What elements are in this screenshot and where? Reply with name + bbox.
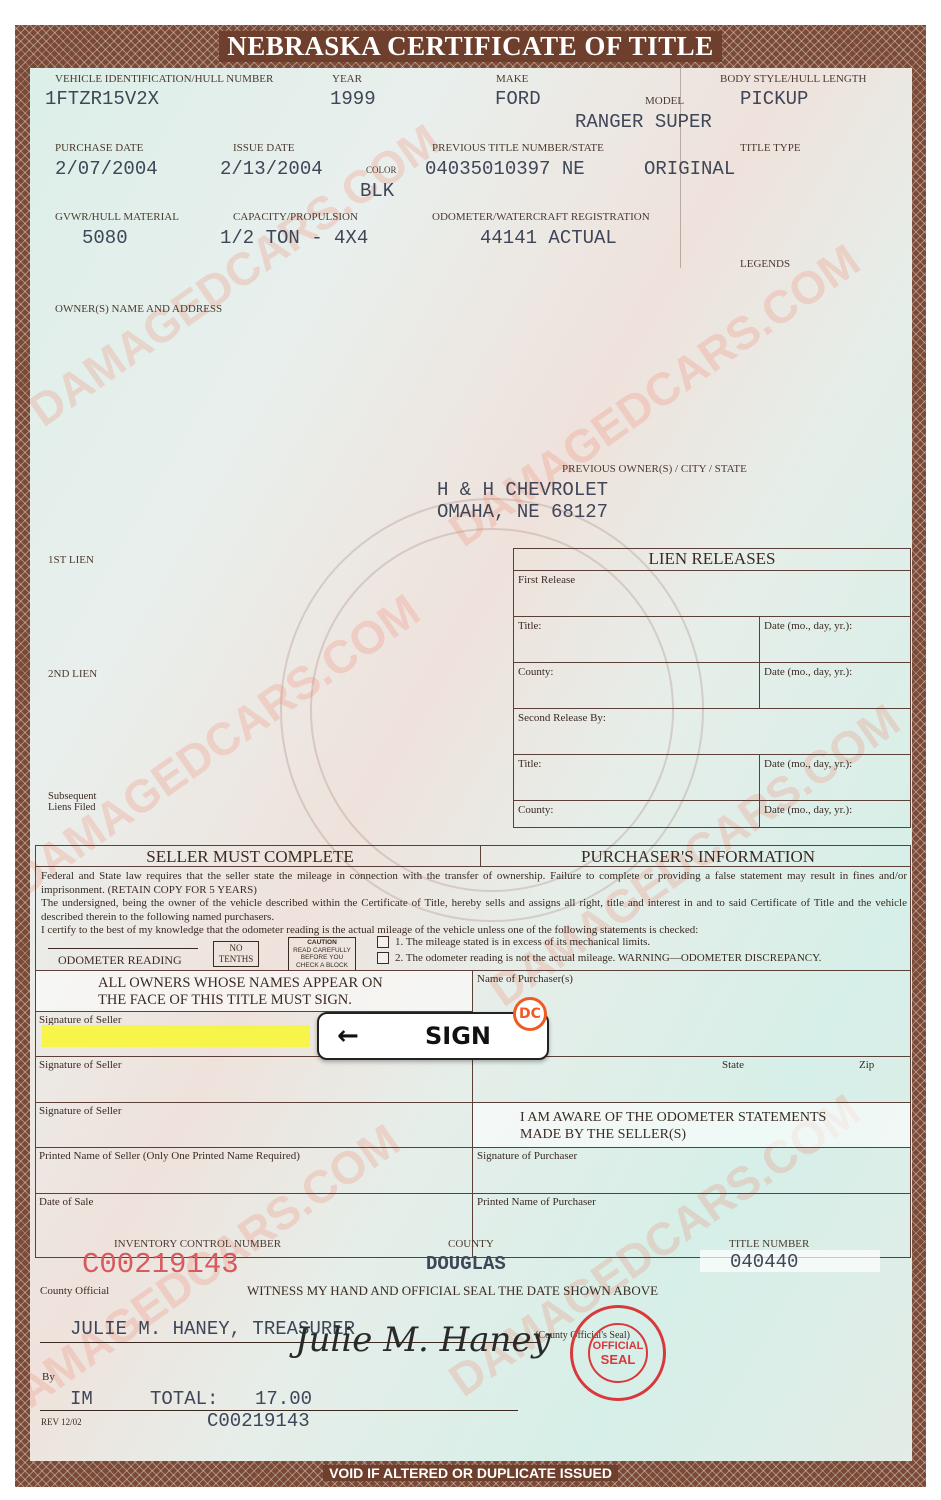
sign-label: SIGN: [425, 1022, 491, 1050]
title-banner: NEBRASKA CERTIFICATE OF TITLE: [15, 25, 926, 68]
divider: [759, 616, 760, 708]
aware-line2: MADE BY THE SELLER(S): [520, 1126, 826, 1143]
divider: [480, 845, 481, 866]
previous-owner-label: PREVIOUS OWNER(S) / CITY / STATE: [562, 463, 747, 475]
total-amount: 17.00: [255, 1388, 312, 1410]
divider: [513, 800, 911, 801]
previous-owner-name: H & H CHEVROLET: [437, 479, 608, 501]
disclosure-paragraph: The undersigned, being the owner of the …: [41, 897, 907, 924]
model-value: RANGER SUPER: [575, 111, 712, 133]
title-number-label: TITLE NUMBER: [729, 1238, 809, 1250]
caution-line2: READ CAREFULLY: [289, 947, 355, 955]
body-style-label: BODY STYLE/HULL LENGTH: [720, 73, 866, 85]
mileage-excess-option[interactable]: 1. The mileage stated is in excess of it…: [377, 936, 650, 948]
date-of-sale-field[interactable]: Date of Sale: [39, 1196, 93, 1208]
first-release-field[interactable]: First Release: [518, 574, 575, 586]
purchaser-state-field[interactable]: State: [722, 1059, 744, 1071]
issue-date-value: 2/13/2004: [220, 158, 323, 180]
capacity-value: 1/2 TON - 4X4: [220, 227, 368, 249]
title-type-label: TITLE TYPE: [740, 142, 801, 154]
first-release-date-field[interactable]: Date (mo., day, yr.):: [764, 620, 852, 632]
divider: [513, 662, 911, 663]
legends-label: LEGENDS: [740, 258, 790, 270]
second-release-county-date-field[interactable]: Date (mo., day, yr.):: [764, 804, 852, 816]
county-official-label: County Official: [40, 1285, 109, 1297]
arrow-left-icon: ←: [337, 1021, 359, 1051]
divider: [35, 1193, 911, 1194]
no-tenths-box: NO TENTHS: [213, 941, 259, 967]
lien-releases-table: [513, 548, 911, 828]
footer-banner: VOID IF ALTERED OR DUPLICATE ISSUED: [15, 1459, 926, 1487]
revision-label: REV 12/02: [41, 1417, 82, 1427]
seller-heading: SELLER MUST COMPLETE: [35, 847, 465, 867]
odometer-discrepancy-text: 2. The odometer reading is not the actua…: [395, 952, 821, 964]
divider: [513, 754, 911, 755]
seller-disclosure-text: Federal and State law requires that the …: [41, 870, 907, 938]
county-label: COUNTY: [448, 1238, 494, 1250]
by-label: By: [42, 1371, 55, 1383]
document-title: NEBRASKA CERTIFICATE OF TITLE: [219, 31, 721, 62]
second-release-county-field[interactable]: County:: [518, 804, 553, 816]
seller-printed-name-field[interactable]: Printed Name of Seller (Only One Printed…: [39, 1150, 300, 1162]
by-initials: IM: [70, 1388, 93, 1410]
seller-signature-3-field[interactable]: Signature of Seller: [39, 1105, 121, 1117]
previous-title-label: PREVIOUS TITLE NUMBER/STATE: [432, 142, 604, 154]
subsequent-liens-label: Subsequent Liens Filed: [48, 791, 96, 813]
second-lien-label: 2ND LIEN: [48, 668, 97, 680]
all-owners-line1: ALL OWNERS WHOSE NAMES APPEAR ON: [98, 975, 383, 992]
seller-signature-2-field[interactable]: Signature of Seller: [39, 1059, 121, 1071]
void-notice: VOID IF ALTERED OR DUPLICATE ISSUED: [323, 1465, 618, 1481]
certificate-border: NEBRASKA CERTIFICATE OF TITLE DAMAGEDCAR…: [15, 25, 926, 1487]
total-label: TOTAL:: [150, 1388, 218, 1410]
previous-owner-city: OMAHA, NE 68127: [437, 501, 608, 523]
caution-line1: CAUTION: [289, 939, 355, 947]
gvwr-label: GVWR/HULL MATERIAL: [55, 211, 179, 223]
odometer-awareness-notice: I AM AWARE OF THE ODOMETER STATEMENTS MA…: [520, 1109, 826, 1143]
gvwr-value: 5080: [82, 227, 128, 249]
disclosure-paragraph: Federal and State law requires that the …: [41, 870, 907, 897]
odometer-reading-label: ODOMETER READING: [58, 953, 182, 968]
divider: [680, 68, 681, 268]
lien-releases-heading: LIEN RELEASES: [513, 549, 911, 569]
make-value: FORD: [495, 88, 541, 110]
odometer-value: 44141 ACTUAL: [480, 227, 617, 249]
subsequent-liens-line1: Subsequent: [48, 791, 96, 802]
seller-signature-highlight[interactable]: [42, 1025, 310, 1047]
witness-statement: WITNESS MY HAND AND OFFICIAL SEAL THE DA…: [247, 1283, 658, 1299]
odometer-label: ODOMETER/WATERCRAFT REGISTRATION: [432, 211, 650, 223]
all-owners-line2: THE FACE OF THIS TITLE MUST SIGN.: [98, 992, 383, 1009]
purchaser-printed-name-field[interactable]: Printed Name of Purchaser: [477, 1196, 596, 1208]
aware-line1: I AM AWARE OF THE ODOMETER STATEMENTS: [520, 1109, 826, 1126]
purchase-date-value: 2/07/2004: [55, 158, 158, 180]
caution-box: CAUTION READ CAREFULLY BEFORE YOU CHECK …: [288, 937, 356, 971]
divider: [513, 708, 911, 709]
owner-label: OWNER(S) NAME AND ADDRESS: [55, 303, 222, 315]
body-style-value: PICKUP: [740, 88, 808, 110]
issue-date-label: ISSUE DATE: [233, 142, 294, 154]
purchaser-signature-field[interactable]: Signature of Purchaser: [477, 1150, 577, 1162]
color-label: COLOR: [366, 165, 397, 175]
first-release-county-date-field[interactable]: Date (mo., day, yr.):: [764, 666, 852, 678]
odometer-discrepancy-option[interactable]: 2. The odometer reading is not the actua…: [377, 952, 821, 964]
capacity-label: CAPACITY/PROPULSION: [233, 211, 358, 223]
divider: [513, 570, 911, 571]
first-release-title-field[interactable]: Title:: [518, 620, 541, 632]
caution-line4: CHECK A BLOCK: [289, 962, 355, 970]
control-number: C00219143: [207, 1410, 310, 1432]
all-owners-notice: ALL OWNERS WHOSE NAMES APPEAR ON THE FAC…: [98, 975, 383, 1009]
title-type-value: ORIGINAL: [644, 158, 735, 180]
certificate-body: DAMAGEDCARS.COM DAMAGEDCARS.COM DAMAGEDC…: [30, 68, 912, 1461]
divider: [35, 1147, 911, 1148]
purchaser-zip-field[interactable]: Zip: [859, 1059, 874, 1071]
divider: [513, 616, 911, 617]
year-value: 1999: [330, 88, 376, 110]
purchaser-name-field[interactable]: Name of Purchaser(s): [477, 973, 573, 985]
purchase-date-label: PURCHASE DATE: [55, 142, 143, 154]
make-label: MAKE: [496, 73, 528, 85]
vin-label: VEHICLE IDENTIFICATION/HULL NUMBER: [55, 73, 273, 85]
second-release-title-field[interactable]: Title:: [518, 758, 541, 770]
divider: [759, 754, 760, 828]
caution-line3: BEFORE YOU: [289, 954, 355, 962]
official-seal-stamp: OFFICIAL SEAL: [570, 1305, 666, 1401]
mileage-excess-checkbox[interactable]: [377, 936, 389, 948]
no-tenths-line2: TENTHS: [214, 954, 258, 965]
title-number: 040440: [730, 1251, 798, 1273]
dc-logo-badge: DC: [513, 997, 547, 1031]
odometer-reading-line[interactable]: [48, 948, 198, 949]
odometer-discrepancy-checkbox[interactable]: [377, 952, 389, 964]
first-release-county-field[interactable]: County:: [518, 666, 553, 678]
official-signature: Julie M. Haney: [295, 1320, 551, 1360]
previous-title-value: 04035010397 NE: [425, 158, 585, 180]
seal-text-line2: SEAL: [601, 1353, 636, 1366]
color-value: BLK: [360, 180, 394, 202]
county-value: DOUGLAS: [426, 1253, 506, 1275]
purchaser-heading: PURCHASER'S INFORMATION: [485, 847, 911, 867]
year-label: YEAR: [332, 73, 362, 85]
divider: [35, 866, 911, 867]
vin-value: 1FTZR15V2X: [45, 88, 159, 110]
second-release-field[interactable]: Second Release By:: [518, 712, 606, 724]
inventory-number: C00219143: [82, 1248, 239, 1281]
subsequent-liens-line2: Liens Filed: [48, 802, 96, 813]
model-label: MODEL: [645, 95, 684, 107]
mileage-excess-text: 1. The mileage stated is in excess of it…: [395, 936, 650, 948]
no-tenths-line1: NO: [214, 943, 258, 954]
first-lien-label: 1ST LIEN: [48, 554, 94, 566]
second-release-date-field[interactable]: Date (mo., day, yr.):: [764, 758, 852, 770]
